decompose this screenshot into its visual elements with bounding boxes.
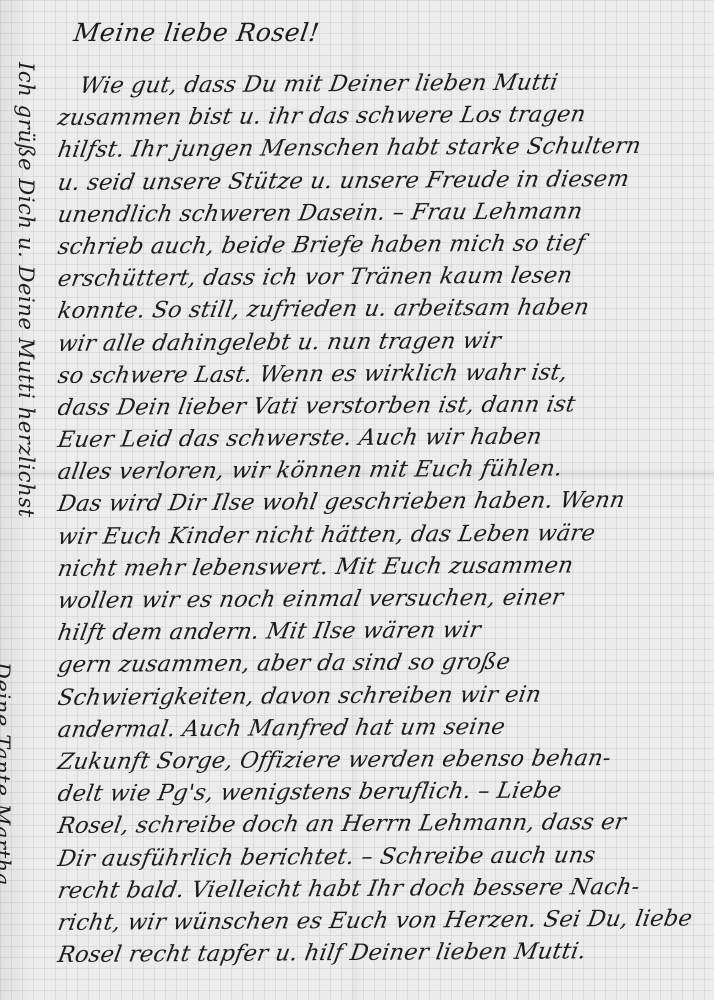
letter-salutation: Meine liebe Rosel! bbox=[72, 18, 321, 47]
letter-line: Zukunft Sorge, Offiziere werden ebenso b… bbox=[55, 741, 714, 778]
letter-line: Schwierigkeiten, davon schreiben wir ein bbox=[55, 677, 714, 714]
margin-signature: Deine Tante Martha. bbox=[0, 662, 14, 893]
letter-line: alles verloren, wir können mit Euch fühl… bbox=[55, 452, 714, 489]
letter-line: recht bald. Vielleicht habt Ihr doch bes… bbox=[55, 870, 714, 907]
letter-line: Das wird Dir Ilse wohl geschrieben haben… bbox=[55, 484, 714, 521]
letter-line: nicht mehr lebenswert. Mit Euch zusammen bbox=[55, 548, 714, 585]
letter-line: wir alle dahingelebt u. nun tragen wir bbox=[55, 323, 714, 360]
margin-greeting: Ich grüße Dich u. Deine Mutti herzlichst bbox=[14, 62, 38, 518]
letter-page: Meine liebe Rosel! Ich grüße Dich u. Dei… bbox=[0, 0, 714, 1000]
letter-line: dass Dein lieber Vati verstorben ist, da… bbox=[55, 387, 714, 424]
letter-line: u. seid unsere Stütze u. unsere Freude i… bbox=[55, 162, 714, 199]
letter-line: konnte. So still, zufrieden u. arbeitsam… bbox=[55, 291, 714, 328]
letter-line: richt, wir wünschen es Euch von Herzen. … bbox=[55, 902, 714, 939]
letter-line: zusammen bist u. ihr das schwere Los tra… bbox=[55, 98, 714, 135]
letter-line: andermal. Auch Manfred hat um seine bbox=[55, 709, 714, 746]
letter-line: wollen wir es noch einmal versuchen, ein… bbox=[55, 580, 714, 617]
letter-line: Dir ausführlich berichtet. – Schreibe au… bbox=[55, 838, 714, 875]
letter-line: Wie gut, dass Du mit Deiner lieben Mutti bbox=[55, 65, 714, 102]
letter-line: Euer Leid das schwerste. Auch wir haben bbox=[55, 419, 714, 456]
letter-line: hilfst. Ihr jungen Menschen habt starke … bbox=[55, 130, 714, 167]
letter-line: schrieb auch, beide Briefe haben mich so… bbox=[55, 226, 714, 263]
letter-line: wir Euch Kinder nicht hätten, das Leben … bbox=[55, 516, 714, 553]
letter-line: Rosel recht tapfer u. hilf Deiner lieben… bbox=[55, 934, 714, 971]
letter-line: gern zusammen, aber da sind so große bbox=[55, 645, 714, 682]
letter-line: erschüttert, dass ich vor Tränen kaum le… bbox=[55, 259, 714, 296]
letter-line: unendlich schweren Dasein. – Frau Lehman… bbox=[55, 194, 714, 231]
letter-line: Rosel, schreibe doch an Herrn Lehmann, d… bbox=[55, 806, 714, 843]
letter-line: so schwere Last. Wenn es wirklich wahr i… bbox=[55, 355, 714, 392]
letter-line: hilft dem andern. Mit Ilse wären wir bbox=[55, 613, 714, 650]
letter-line: delt wie Pg's, wenigstens beruflich. – L… bbox=[55, 774, 714, 811]
letter-body: Wie gut, dass Du mit Deiner lieben Mutti… bbox=[58, 70, 714, 971]
